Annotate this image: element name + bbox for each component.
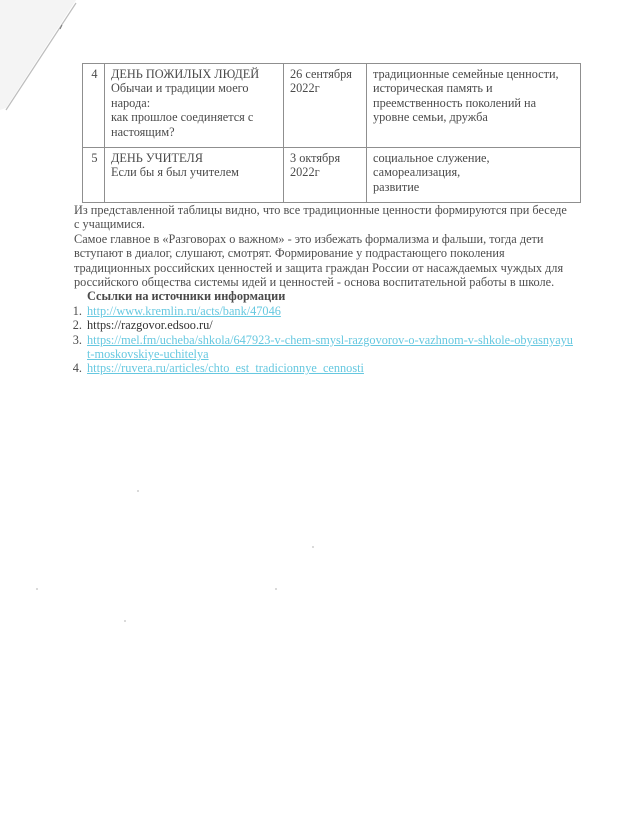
reference-text: https://razgovor.edsoo.ru/ (87, 318, 213, 332)
reference-item: 4. https://ruvera.ru/articles/chto_est_t… (74, 361, 574, 375)
reference-link[interactable]: https://mel.fm/ucheba/shkola/647923-v-ch… (87, 333, 573, 361)
values-line: уровне семьи, дружба (373, 110, 576, 124)
values-line: традиционные семейные ценности, (373, 67, 576, 81)
reference-number: 4. (62, 361, 82, 375)
reference-link[interactable]: https://ruvera.ru/articles/chto_est_trad… (87, 361, 364, 375)
topic-cell: ДЕНЬ УЧИТЕЛЯ Если бы я был учителем (105, 148, 284, 203)
scan-speck (137, 490, 139, 492)
row-number: 5 (83, 148, 105, 203)
scan-speck (124, 620, 126, 622)
topic-subtitle: как прошлое соединяется с настоящим? (111, 110, 279, 139)
date-year: 2022г (290, 165, 362, 179)
references-list: 1. http://www.kremlin.ru/acts/bank/47046… (74, 304, 574, 376)
table-row: 4 ДЕНЬ ПОЖИЛЫХ ЛЮДЕЙ Обычаи и традиции м… (83, 64, 581, 148)
topic-title: ДЕНЬ ПОЖИЛЫХ ЛЮДЕЙ (111, 67, 279, 81)
values-cell: традиционные семейные ценности, историче… (367, 64, 581, 148)
main-paragraph: Самое главное в «Разговорах о важном» - … (74, 232, 574, 290)
reference-link[interactable]: http://www.kremlin.ru/acts/bank/47046 (87, 304, 281, 318)
date-day: 26 сентября (290, 67, 362, 81)
lessons-table: 4 ДЕНЬ ПОЖИЛЫХ ЛЮДЕЙ Обычаи и традиции м… (82, 63, 581, 203)
topic-subtitle: Если бы я был учителем (111, 165, 279, 179)
values-line: самореализация, (373, 165, 576, 179)
topic-cell: ДЕНЬ ПОЖИЛЫХ ЛЮДЕЙ Обычаи и традиции мое… (105, 64, 284, 148)
reference-item: 2. https://razgovor.edsoo.ru/ (74, 318, 574, 332)
reference-number: 3. (62, 333, 82, 347)
values-line: развитие (373, 180, 576, 194)
values-line: преемственность поколений на (373, 96, 576, 110)
row-number: 4 (83, 64, 105, 148)
date-day: 3 октября (290, 151, 362, 165)
date-cell: 3 октября 2022г (284, 148, 367, 203)
topic-title: ДЕНЬ УЧИТЕЛЯ (111, 151, 279, 165)
date-year: 2022г (290, 81, 362, 95)
topic-subtitle: Обычаи и традиции моего народа: (111, 81, 279, 110)
references-heading: Ссылки на источники информации (87, 289, 574, 303)
reference-item: 3. https://mel.fm/ucheba/shkola/647923-v… (74, 333, 574, 362)
scan-speck (36, 588, 38, 590)
reference-item: 1. http://www.kremlin.ru/acts/bank/47046 (74, 304, 574, 318)
document-body: Из представленной таблицы видно, что все… (74, 203, 574, 376)
table-row: 5 ДЕНЬ УЧИТЕЛЯ Если бы я был учителем 3 … (83, 148, 581, 203)
conclusion-paragraph: Из представленной таблицы видно, что все… (74, 203, 574, 232)
scan-speck (275, 588, 277, 590)
reference-number: 2. (62, 318, 82, 332)
values-cell: социальное служение, самореализация, раз… (367, 148, 581, 203)
values-line: социальное служение, (373, 151, 576, 165)
page-fold-corner (0, 0, 80, 120)
date-cell: 26 сентября 2022г (284, 64, 367, 148)
scan-speck (312, 546, 314, 548)
values-line: историческая память и (373, 81, 576, 95)
reference-number: 1. (62, 304, 82, 318)
